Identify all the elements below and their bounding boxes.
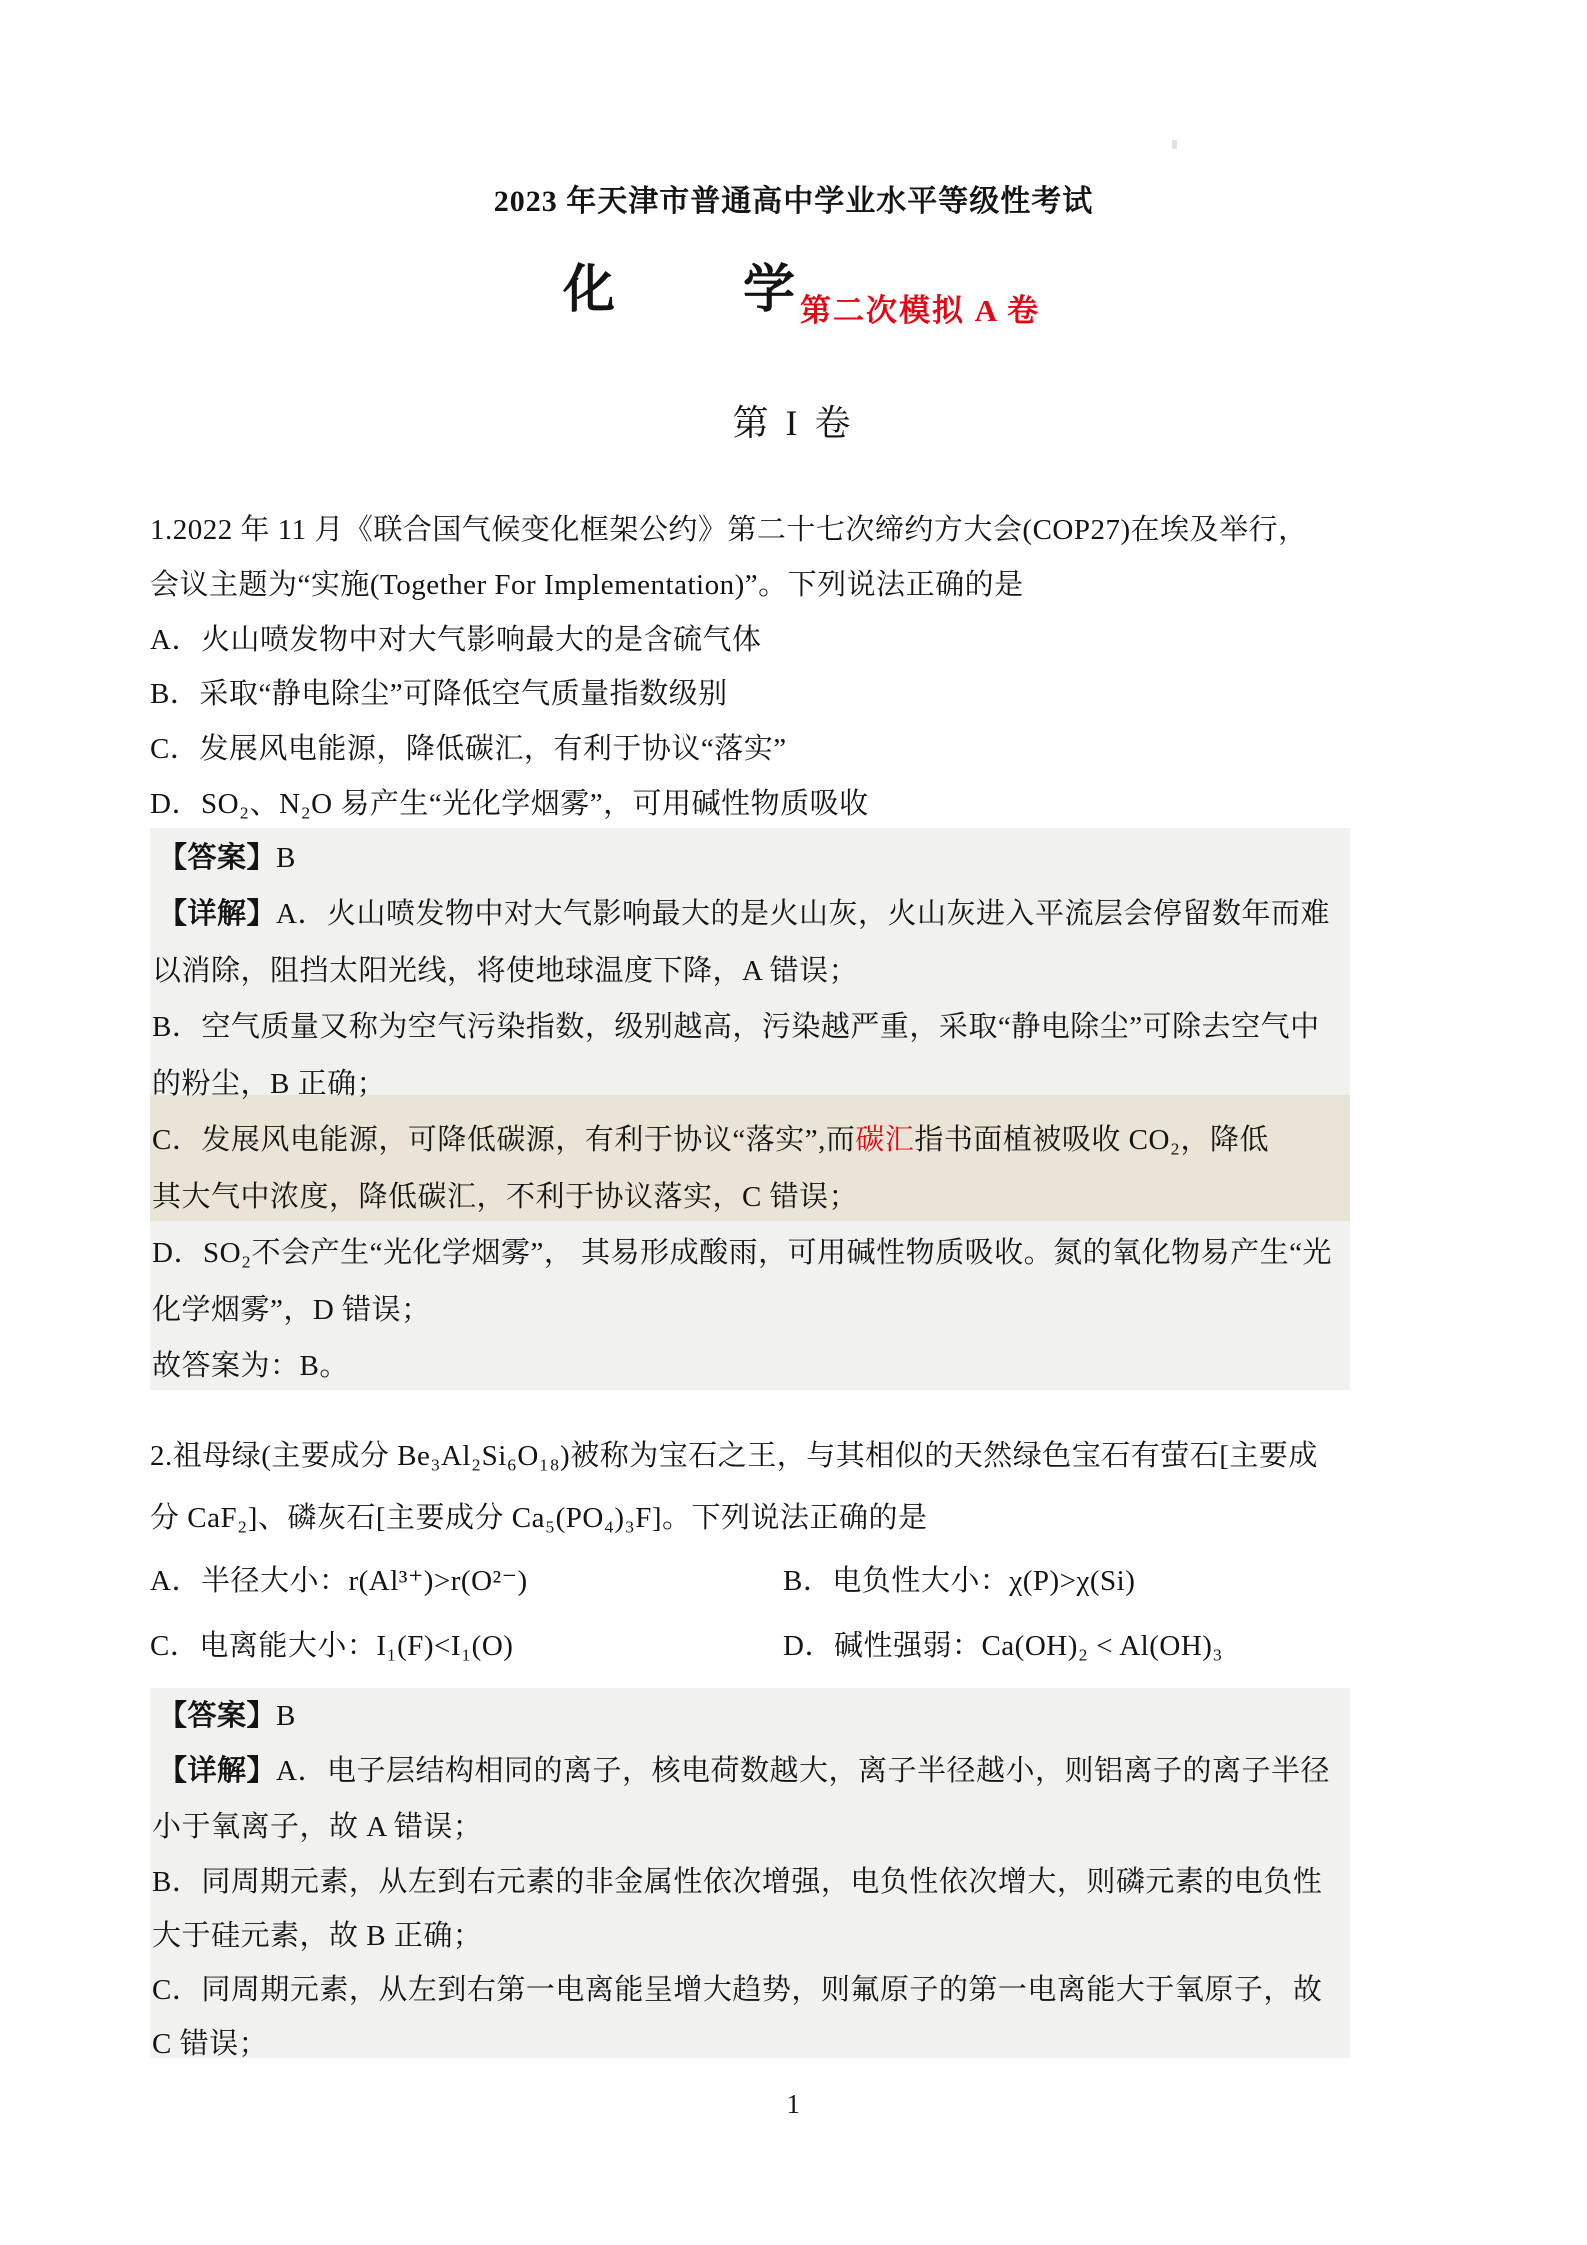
q1-stem-line-2: 会议主题为“实施(Together For Implementation)”。下… — [150, 567, 1024, 604]
carbon-sink-red-term: 碳汇 — [855, 1124, 914, 1156]
q1-option-d: D．SO₂、N₂O 易产生“光化学烟雾”，可用碱性物质吸收 — [150, 786, 869, 823]
q2-explain-line-5: C．同周期元素，从左到右第一电离能呈增大趋势，则氟原子的第一电离能大于氧原子，故 — [152, 1972, 1322, 2009]
q1-option-b: B．采取“静电除尘”可降低空气质量指数级别 — [150, 676, 728, 713]
subject-char-xue: 学 — [743, 272, 796, 309]
q1-option-c: C．发展风电能源，降低碳汇，有利于协议“落实” — [150, 731, 787, 768]
scan-artifact — [1172, 140, 1177, 149]
edition-label: 第二次模拟 A 卷 — [800, 292, 1040, 329]
q1-answer-line: 【答案】B — [158, 840, 296, 877]
q2-answer-value: B — [276, 1700, 296, 1732]
q1-answer-value: B — [276, 842, 296, 874]
q2-answer-tag: 【答案】 — [158, 1700, 276, 1732]
q2-stem-line-1: 2.祖母绿(主要成分 Be₃Al₂Si₆O₁₈)被称为宝石之王，与其相似的天然绿… — [150, 1438, 1318, 1475]
q2-option-d: D．碱性强弱：Ca(OH)₂ < Al(OH)₃ — [783, 1628, 1223, 1665]
document-title: 2023 年天津市普通高中学业水平等级性考试 — [0, 183, 1587, 220]
q2-option-b: B．电负性大小：χ(P)>χ(Si) — [783, 1563, 1135, 1600]
q2-stem-line-2: 分 CaF₂]、磷灰石[主要成分 Ca₅(PO₄)₃F]。下列说法正确的是 — [150, 1500, 928, 1537]
q1-option-a: A．火山喷发物中对大气影响最大的是含硫气体 — [150, 622, 761, 659]
q1-answer-tag: 【答案】 — [158, 842, 276, 874]
q2-answer-line: 【答案】B — [158, 1698, 296, 1735]
q1-explain-line-1: 【详解】A．火山喷发物中对大气影响最大的是火山灰，火山灰进入平流层会停留数年而难 — [158, 896, 1330, 933]
page-number: 1 — [0, 2086, 1587, 2123]
q2-explain-line-4: 大于硅元素，故 B 正确； — [152, 1918, 482, 1955]
q2-explain-line-6: C 错误； — [152, 2026, 268, 2063]
q2-option-a: A．半径大小：r(Al³⁺)>r(O²⁻) — [150, 1563, 528, 1600]
q1-explain-tag: 【详解】 — [158, 898, 276, 930]
q1-stem-line-1: 1.2022 年 11 月《联合国气候变化框架公约》第二十七次缔约方大会(COP… — [150, 512, 1308, 549]
q1-explain-line-8: 化学烟雾”，D 错误； — [152, 1292, 431, 1329]
q1-explain-line-6-highlighted: 其大气中浓度，降低碳汇，不利于协议落实，C 错误； — [152, 1179, 858, 1216]
q1-explain-line-4: 的粉尘，B 正确； — [152, 1066, 386, 1103]
q1-explain-conclusion: 故答案为：B。 — [152, 1348, 349, 1385]
section-title: 第 I 卷 — [0, 405, 1587, 442]
q1-explain-line-2: 以消除，阻挡太阳光线，将使地球温度下降，A 错误； — [152, 953, 858, 990]
q1-explain-line-5-highlighted: C．发展风电能源，可降低碳源，有利于协议“落实”,而碳汇指书面植被吸收 CO₂，… — [152, 1122, 1269, 1159]
subject-char-hua: 化 — [563, 272, 616, 309]
q2-explain-line-2: 小于氧离子，故 A 错误； — [152, 1809, 482, 1846]
q2-option-c: C．电离能大小：I₁(F)<I₁(O) — [150, 1628, 513, 1665]
q1-explain-line-3: B．空气质量又称为空气污染指数，级别越高，污染越严重，采取“静电除尘”可除去空气… — [152, 1009, 1320, 1046]
q2-explain-line-3: B．同周期元素，从左到右元素的非金属性依次增强，电负性依次增大，则磷元素的电负性 — [152, 1864, 1322, 1901]
q2-explain-tag: 【详解】 — [158, 1755, 276, 1787]
q2-explain-line-1: 【详解】A．电子层结构相同的离子，核电荷数越大，离子半径越小，则铝离子的离子半径 — [158, 1753, 1330, 1790]
q1-explain-line-7: D．SO₂不会产生“光化学烟雾”， 其易形成酸雨，可用碱性物质吸收。氮的氧化物易… — [152, 1235, 1332, 1272]
